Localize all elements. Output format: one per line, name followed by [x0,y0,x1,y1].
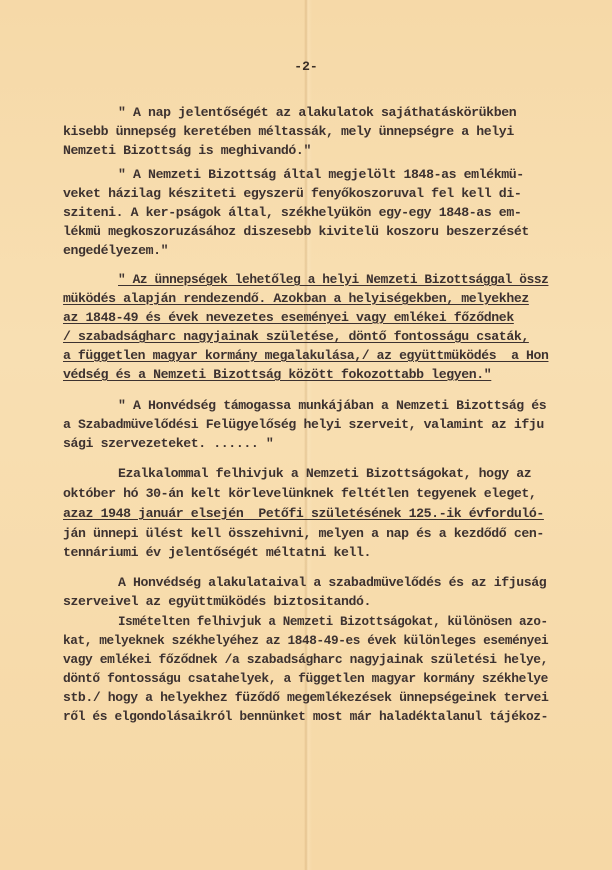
p6-line-2: szerveivel az együttmüködés biztositandó… [63,594,371,610]
p7-line-5: stb./ hogy a helyekhez füződő megemlékez… [63,690,548,706]
p7-line-1: Ismételten felhivjuk a Nemzeti Bizottság… [118,614,548,630]
page-number: -2- [0,59,612,74]
p2-line-1: " A Nemzeti Bizottság által megjelölt 18… [118,167,524,183]
p5-line-5: tennáriumi év jelentőségét méltatni kell… [63,545,371,561]
p7-line-6: ről és elgondolásaikról bennünket most m… [63,709,548,725]
p7-line-3: vagy emlékei főződnek /a szabadságharc n… [63,652,548,668]
p2-line-4: lékmü megkoszoruzásához diszesebb kivite… [63,224,529,240]
p7-line-4: döntő fontosságu csatahelyek, a függetle… [63,671,548,687]
p1-line-2: kisebb ünnepség keretében méltassák, mel… [63,124,514,140]
p2-line-3: sziteni. A ker-pságok által, székhelyükö… [63,205,521,221]
p4-line-2: a Szabadmüvelődési Felügyelőség helyi sz… [63,417,544,433]
p3-line-5: a független magyar kormány megalakulása,… [63,348,548,364]
p3-line-4: / szabadságharc nagyjainak születése, dö… [63,329,529,345]
p1-line-1: " A nap jelentőségét az alakulatok saját… [118,105,516,121]
p2-line-2: veket házilag késziteti egyszerü fenyőko… [63,186,521,202]
p3-line-6: védség és a Nemzeti Bizottság között fok… [63,367,491,383]
p3-line-1: " Az ünnepségek lehetőleg a helyi Nemzet… [118,272,548,288]
p3-line-2: müködés alapján rendezendő. Azokban a he… [63,291,529,307]
p3-line-3: az 1848-49 és évek nevezetes eseményei v… [63,310,514,326]
p5-line-4: ján ünnepi ülést kell összehivni, melyen… [63,526,544,542]
p5-line-3: azaz 1948 január elsején Petőfi születés… [63,506,544,522]
p4-line-3: sági szervezeteket. ...... " [63,436,273,452]
p4-line-1: " A Honvédség támogassa munkájában a Nem… [118,398,546,414]
p2-line-5: engedélyezem." [63,243,168,259]
p6-line-1: A Honvédség alakulataival a szabadmüvelő… [118,575,546,591]
p5-line-2: október hó 30-án kelt körlevelünknek fel… [63,486,536,502]
p1-line-3: Nemzeti Bizottság is meghivandó." [63,143,311,159]
p5-line-1: Ezalkalommal felhivjuk a Nemzeti Bizotts… [118,466,531,482]
p7-line-2: kat, melyeknek székhelyéhez az 1848-49-e… [63,633,548,649]
